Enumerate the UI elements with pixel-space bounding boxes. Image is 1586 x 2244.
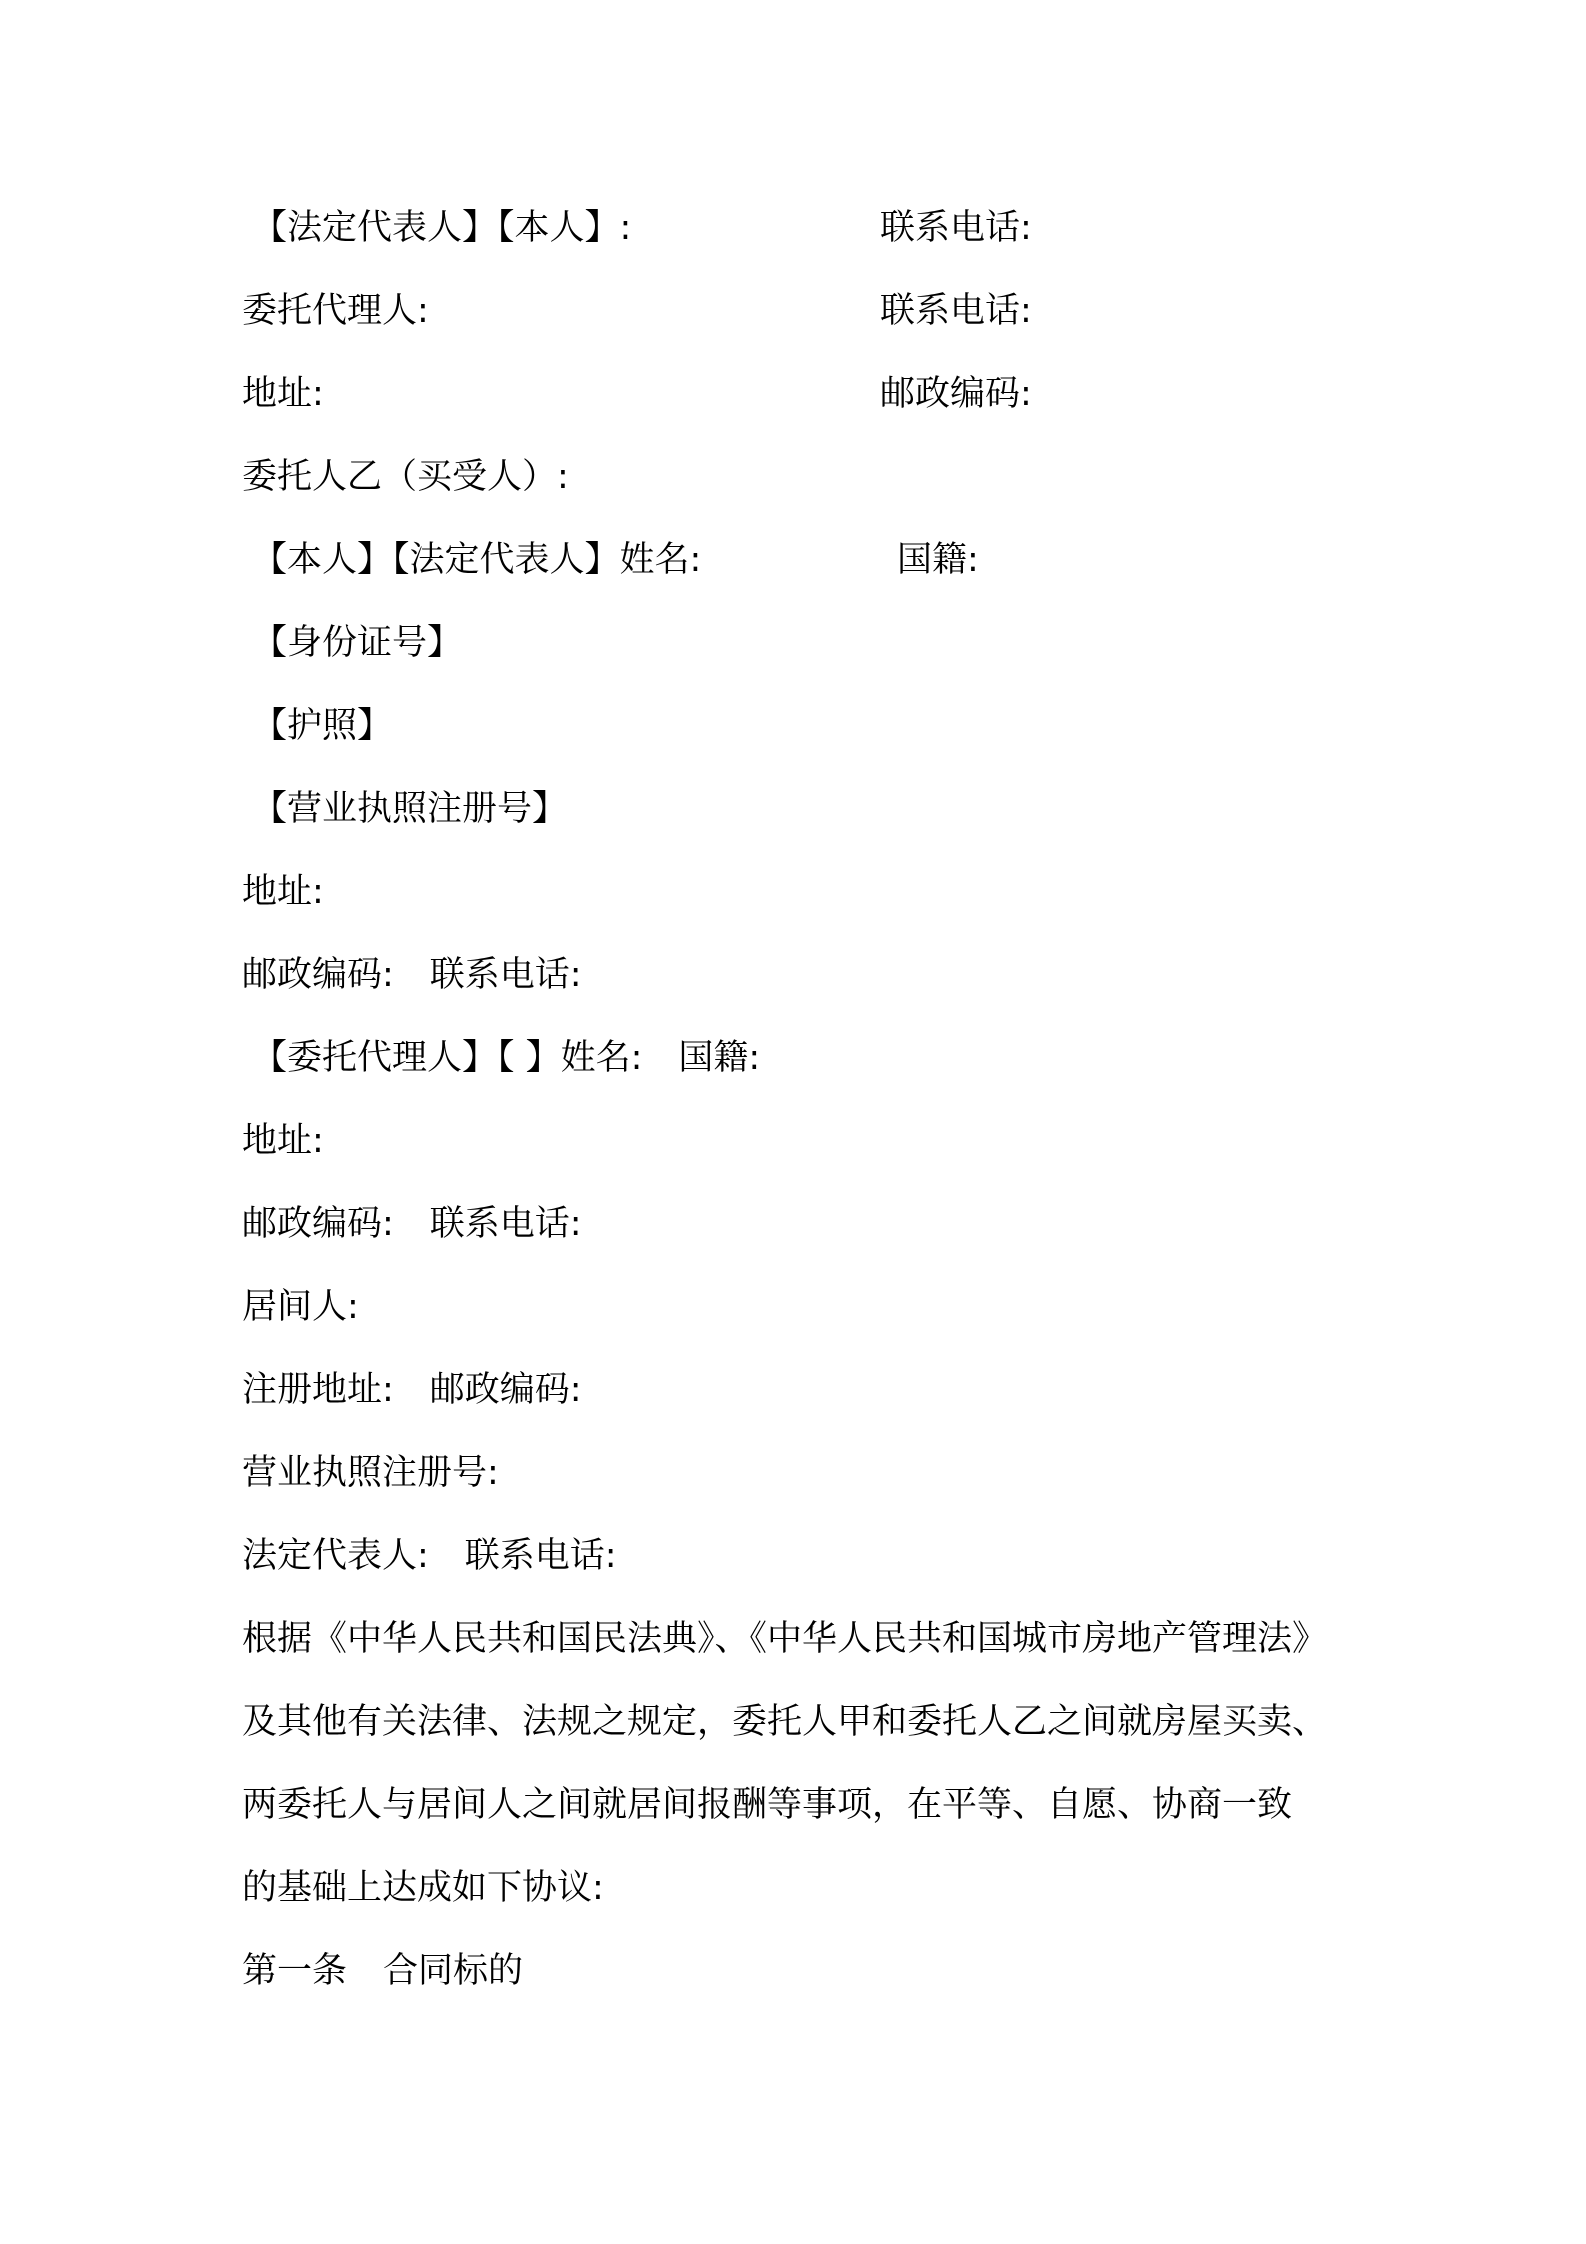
postal-phone-row: 邮政编码:联系电话: [242,950,582,1000]
intermediary-heading: 居间人: [242,1282,359,1332]
field-label: 【法定代表人】【本人】: [252,203,631,253]
business-license-field: 营业执照注册号: [242,1448,499,1498]
postal-phone-row: 邮政编码:联系电话: [242,1199,582,1249]
field-label: 营业执照注册号: [242,1448,499,1498]
registered-address-label: 注册地址: [242,1365,394,1415]
postal-code-label: 邮政编码: [242,1199,394,1249]
phone-label: 联系电话: [430,950,582,1000]
agent-field: 委托代理人: [242,286,429,336]
field-label: 邮政编码: [880,369,1032,419]
section-label: 委托人乙（买受人）: [242,452,569,502]
field-label: 地址: [242,867,324,917]
field-label: 【本人】【法定代表人】姓名: [252,535,701,585]
field-label: 【营业执照注册号】 [252,784,567,834]
nationality-label: 国籍: [678,1033,760,1083]
postal-code-label: 邮政编码: [430,1365,582,1415]
preamble-paragraph: 根据《中华人民共和国民法典》、《中华人民共和国城市房地产管理法》 及其他有关法律… [242,1598,1362,1930]
field-label: 【身份证号】 [252,618,462,668]
registered-address-row: 注册地址:邮政编码: [242,1365,582,1415]
phone-field: 联系电话: [880,203,1032,253]
section-label: 居间人: [242,1282,359,1332]
paragraph-line: 根据《中华人民共和国民法典》、《中华人民共和国城市房地产管理法》 [242,1598,1362,1681]
id-number-field: 【身份证号】 [252,618,462,668]
paragraph-line: 两委托人与居间人之间就居间报酬等事项，在平等、自愿、协商一致 [242,1764,1362,1847]
legal-rep-label: 法定代表人: [242,1531,429,1581]
name-field: 【本人】【法定代表人】姓名: [252,535,701,585]
phone-field: 联系电话: [880,286,1032,336]
field-label: 委托代理人: [242,286,429,336]
phone-label: 联系电话: [430,1199,582,1249]
party-b-heading: 委托人乙（买受人）: [242,452,569,502]
address-field: 地址: [242,1116,324,1166]
field-label: 联系电话: [880,286,1032,336]
article-number: 第一条 [242,1946,347,1996]
article-title: 合同标的 [383,1946,523,1996]
agent-name-row: 【委托代理人】【 】姓名:国籍: [252,1033,760,1083]
address-field: 地址: [242,369,324,419]
postal-code-label: 邮政编码: [242,950,394,1000]
address-field: 地址: [242,867,324,917]
document-page: 【法定代表人】【本人】: 联系电话: 委托代理人: 联系电话: 地址: 邮政编码… [0,0,1586,2244]
business-license-field: 【营业执照注册号】 [252,784,567,834]
postal-code-field: 邮政编码: [880,369,1032,419]
field-label: 【护照】 [252,701,392,751]
paragraph-line: 及其他有关法律、法规之规定，委托人甲和委托人乙之间就房屋买卖、 [242,1681,1362,1764]
paragraph-line: 的基础上达成如下协议: [242,1847,1362,1930]
field-label: 国籍: [897,535,979,585]
legal-rep-phone-row: 法定代表人:联系电话: [242,1531,617,1581]
nationality-field: 国籍: [897,535,979,585]
article-heading: 第一条合同标的 [242,1946,523,1996]
legal-rep-or-self-field: 【法定代表人】【本人】: [252,203,631,253]
field-label: 联系电话: [880,203,1032,253]
field-label: 地址: [242,369,324,419]
field-label: 地址: [242,1116,324,1166]
agent-name-label: 【委托代理人】【 】姓名: [252,1033,642,1083]
passport-field: 【护照】 [252,701,392,751]
phone-label: 联系电话: [465,1531,617,1581]
